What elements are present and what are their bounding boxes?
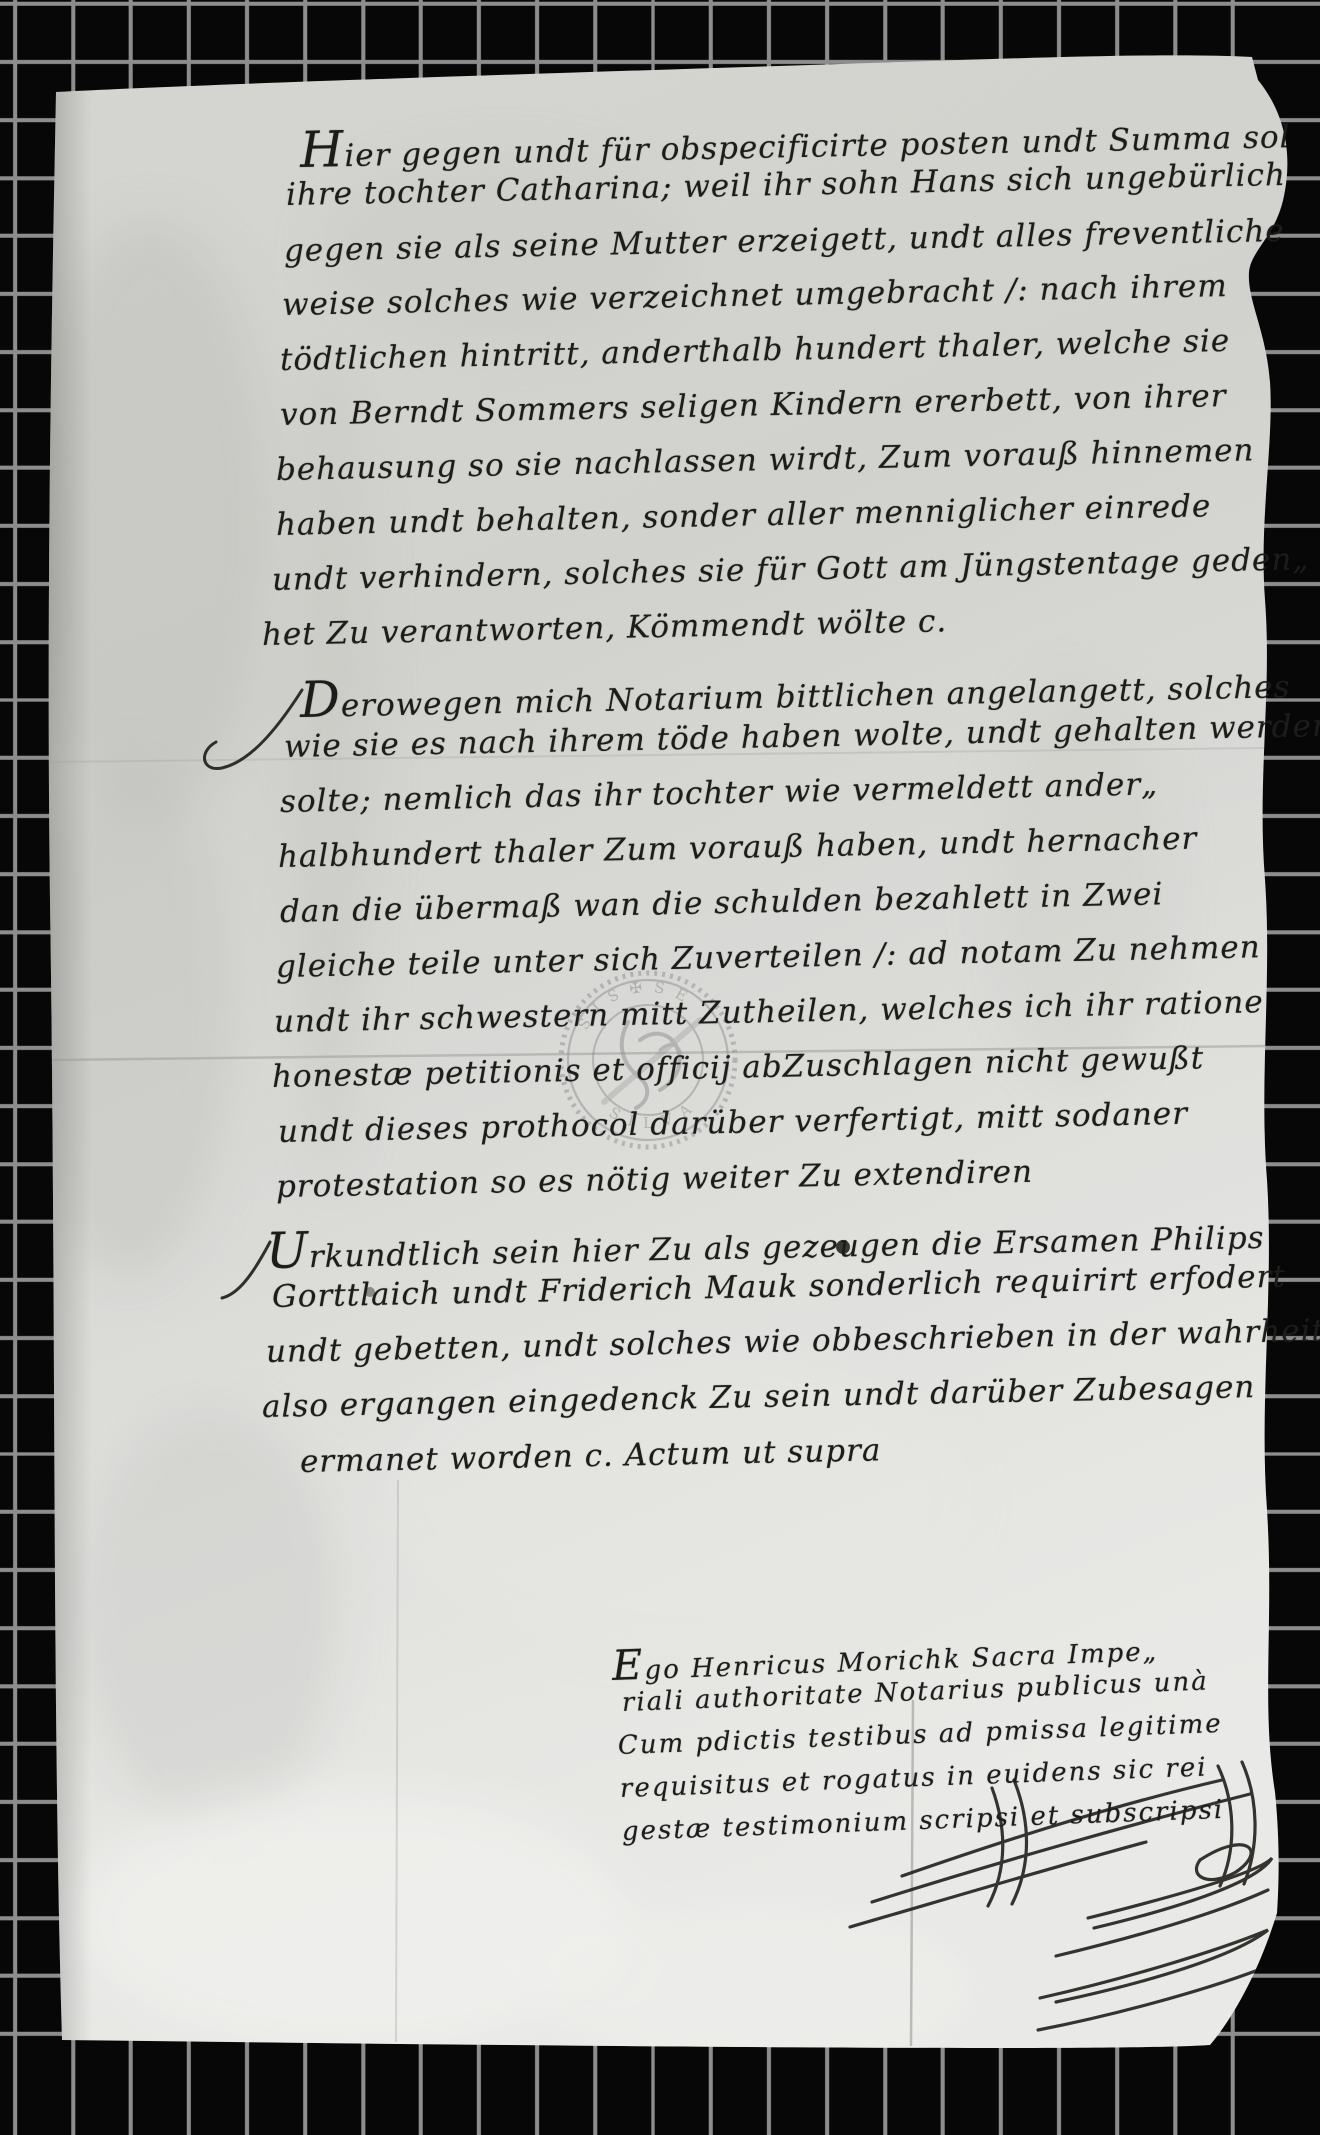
manuscript-line: protestation so es nötig weiter Zu exten…	[276, 1157, 1034, 1203]
manuscript-line: gegen sie als seine Mutter erzeigett, un…	[284, 216, 1285, 267]
manuscript-line: het Zu verantworten, Kömmendt wölte c.	[262, 606, 948, 651]
manuscript-line: ermanet worden c. Actum ut supra	[300, 1435, 882, 1478]
manuscript-line: behausung so sie nachlassen wirdt, Zum v…	[276, 435, 1255, 486]
manuscript-line: solte; nemlich das ihr tochter wie verme…	[280, 769, 1159, 818]
manuscript-line: von Berndt Sommers seligen Kindern ererb…	[280, 381, 1227, 431]
manuscript-line: undt gebetten, undt solches wie obbeschr…	[266, 1316, 1320, 1368]
manuscript-line: undt verhindern, solches sie für Gott am…	[272, 544, 1310, 596]
manuscript-line: Cum pdictis testibus ad pmissa legitime	[618, 1711, 1224, 1759]
manuscript-line: requisitus et rogatus in euidens sic rei	[620, 1754, 1208, 1802]
manuscript-line: gestæ testimonium scripsi et subscripsi	[622, 1797, 1225, 1845]
manuscript-line: undt ihr schwestern mitt Zutheilen, welc…	[274, 987, 1264, 1038]
manuscript-line: haben undt behalten, sonder aller mennig…	[276, 491, 1212, 541]
manuscript-line: also ergangen eingedenck Zu sein undt da…	[262, 1372, 1256, 1423]
manuscript-line: dan die übermaß wan die schulden bezahle…	[280, 879, 1164, 928]
manuscript-line: undt dieses prothocol darüber verfertigt…	[278, 1099, 1189, 1148]
manuscript-line: honestæ petitionis et officij abZuschlag…	[272, 1043, 1205, 1093]
manuscript-text-layer: Hier gegen undt für obspecificirte poste…	[0, 0, 1320, 2135]
photo-stage: S I S ✠ S E S I L V A	[0, 0, 1320, 2135]
manuscript-line: weise solches wie verzeichnet umgebracht…	[282, 271, 1228, 321]
manuscript-line: gleiche teile unter sich Zuverteilen /: …	[276, 932, 1261, 983]
manuscript-line: halbhundert thaler Zum vorauß haben, und…	[278, 824, 1198, 873]
manuscript-line: tödtlichen hintritt, anderthalb hundert …	[280, 326, 1231, 376]
